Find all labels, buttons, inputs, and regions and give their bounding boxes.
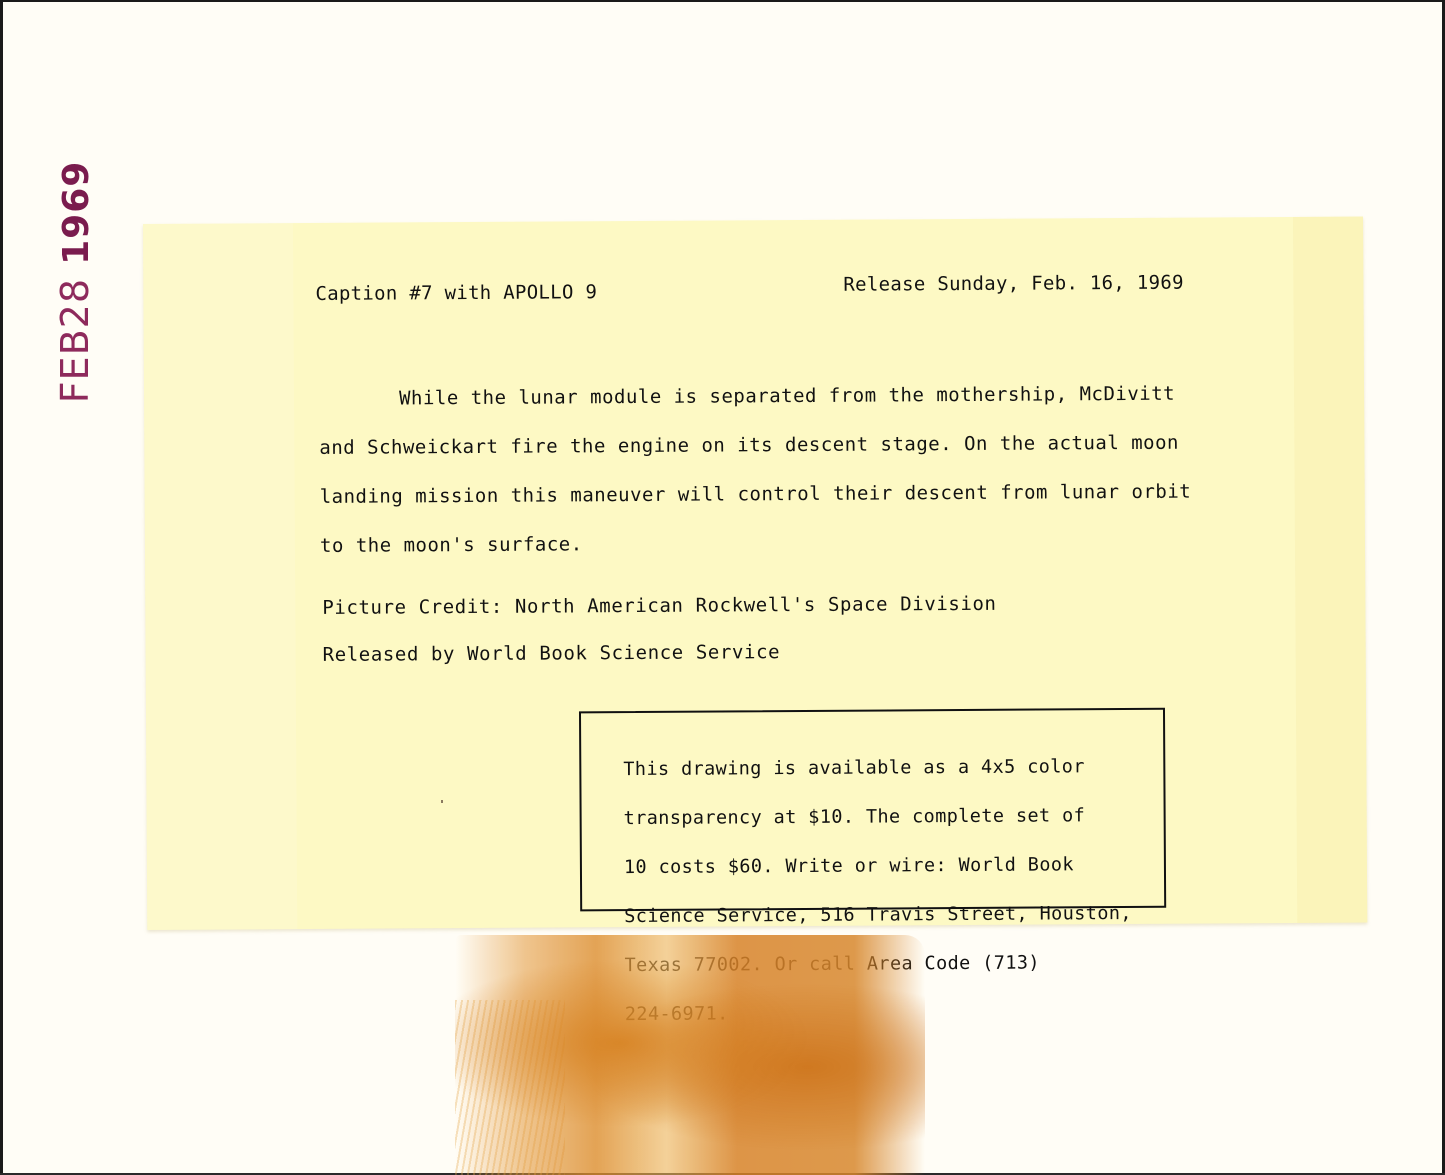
- date-received-stamp: FEB28 1969: [53, 161, 97, 404]
- picture-credit: Picture Credit: North American Rockwell'…: [322, 593, 996, 619]
- order-line: This drawing is available as a 4x5 color: [623, 754, 1153, 782]
- caption-body-line: landing mission this maneuver will contr…: [320, 468, 1200, 522]
- stamp-year: 1969: [56, 161, 97, 265]
- caption-sheet: Caption #7 with APOLLO 9 Release Sunday,…: [143, 217, 1367, 930]
- page-border-top: [0, 0, 1445, 2]
- order-line: Science Service, 516 Travis Street, Hous…: [624, 901, 1154, 929]
- release-date: Release Sunday, Feb. 16, 1969: [843, 272, 1184, 296]
- order-line: transparency at $10. The complete set of: [624, 803, 1154, 831]
- order-info-box: This drawing is available as a 4x5 color…: [579, 708, 1166, 912]
- glue-stain: [455, 935, 925, 1175]
- released-by: Released by World Book Science Service: [323, 641, 781, 666]
- caption-title: Caption #7 with APOLLO 9: [315, 281, 597, 305]
- order-line: 10 costs $60. Write or wire: World Book: [624, 852, 1154, 880]
- caption-body-line: to the moon's surface.: [320, 517, 1200, 571]
- stamp-month: FEB: [53, 328, 97, 403]
- caption-body: While the lunar module is separated from…: [319, 370, 1200, 571]
- caption-body-line: While the lunar module is separated from…: [319, 370, 1199, 424]
- stamp-day: 28: [53, 278, 97, 328]
- caption-body-line: and Schweickart fire the engine on its d…: [319, 419, 1199, 473]
- page-border-left: [0, 0, 3, 1175]
- paper-speck: [441, 800, 443, 803]
